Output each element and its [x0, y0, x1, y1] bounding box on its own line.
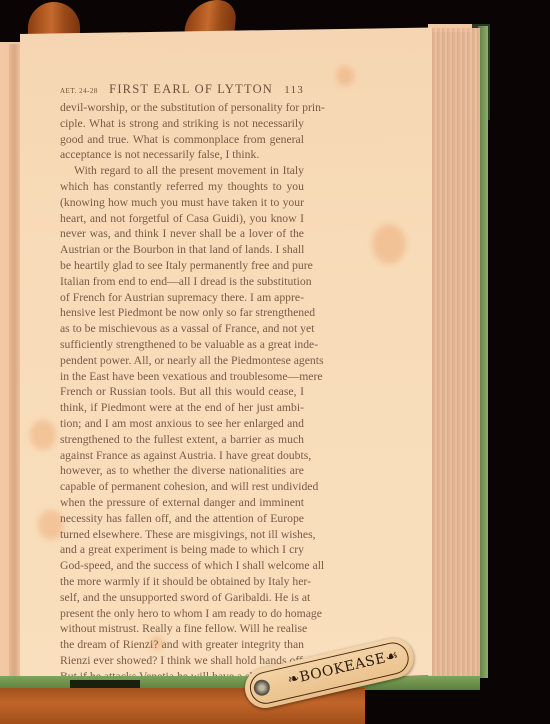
- running-head: AET. 24-28 FIRST EARL OF LYTTON 113: [60, 82, 304, 97]
- text-line: capable of permanent cohesion, and will …: [60, 479, 304, 495]
- text-line: think, if Piedmont were at the end of he…: [60, 400, 304, 416]
- foxing-spot: [372, 224, 406, 264]
- text-line: heart, and not forgetful of Casa Guidi),…: [60, 211, 304, 227]
- text-line: self, and the unsupported sword of Garib…: [60, 590, 304, 606]
- text-line: as to be mischievous as a vassal of Fran…: [60, 321, 304, 337]
- text-line: be heartily glad to see Italy permanentl…: [60, 258, 304, 274]
- text-line: present the only hero to whom I am ready…: [60, 606, 304, 622]
- page-number: 113: [284, 84, 304, 96]
- text-line: the more warmly if it should be obtained…: [60, 574, 304, 590]
- text-line: necessity has fallen off, and the attent…: [60, 511, 304, 527]
- text-line: when the pressure of external danger and…: [60, 495, 304, 511]
- text-line: With regard to all the present movement …: [60, 163, 304, 179]
- text-line: acceptance is not necessarily false, I t…: [60, 147, 304, 163]
- body-text: devil-worship, or the substitution of pe…: [60, 100, 304, 700]
- text-line: Italian from end to end—all I dread is t…: [60, 274, 304, 290]
- text-line: pendent power. All, or nearly all the Pi…: [60, 353, 304, 369]
- text-line: without mistrust. Really a fine fellow. …: [60, 621, 304, 637]
- text-line: good and true. What is commonplace from …: [60, 132, 304, 148]
- text-line: against France as against Austria. I hav…: [60, 448, 304, 464]
- text-line: tion; and I am most anxious to see her e…: [60, 416, 304, 432]
- text-line: never was, and think I never shall be a …: [60, 226, 304, 242]
- text-line: hensive lest Piedmont be now only so far…: [60, 305, 304, 321]
- text-line: in the East have been vexatious and trou…: [60, 369, 304, 385]
- foxing-spot: [30, 420, 56, 450]
- text-line: of French for Austrian supremacy there. …: [60, 290, 304, 306]
- text-line: devil-worship, or the substitution of pe…: [60, 100, 304, 116]
- text-line: and a great experiment is being made to …: [60, 542, 304, 558]
- text-line: sufficiently strengthened to be valuable…: [60, 337, 304, 353]
- text-line: ciple. What is strong and striking is no…: [60, 116, 304, 132]
- book-gutter: [9, 44, 20, 680]
- text-line: strengthened to the fullest extent, a ba…: [60, 432, 304, 448]
- text-line: French or Russian tools. But all this wo…: [60, 384, 304, 400]
- text-line: Austrian or the Bourbon in that land of …: [60, 242, 304, 258]
- text-line: the dream of Rienzi? and with greater in…: [60, 637, 304, 653]
- page-text-block: AET. 24-28 FIRST EARL OF LYTTON 113 devi…: [60, 82, 304, 712]
- text-line: God-speed, and the success of which I sh…: [60, 558, 304, 574]
- text-line: however, as to whether the diverse natio…: [60, 463, 304, 479]
- text-line: (knowing how much you must have taken it…: [60, 195, 304, 211]
- text-line: turned elsewhere. These are misgivings, …: [60, 527, 304, 543]
- running-head-title: FIRST EARL OF LYTTON: [109, 82, 273, 97]
- page-fore-edge: [428, 28, 480, 682]
- age-range: AET. 24-28: [60, 87, 98, 95]
- foxing-spot: [336, 66, 354, 86]
- text-line: which has constantly referred my thought…: [60, 179, 304, 195]
